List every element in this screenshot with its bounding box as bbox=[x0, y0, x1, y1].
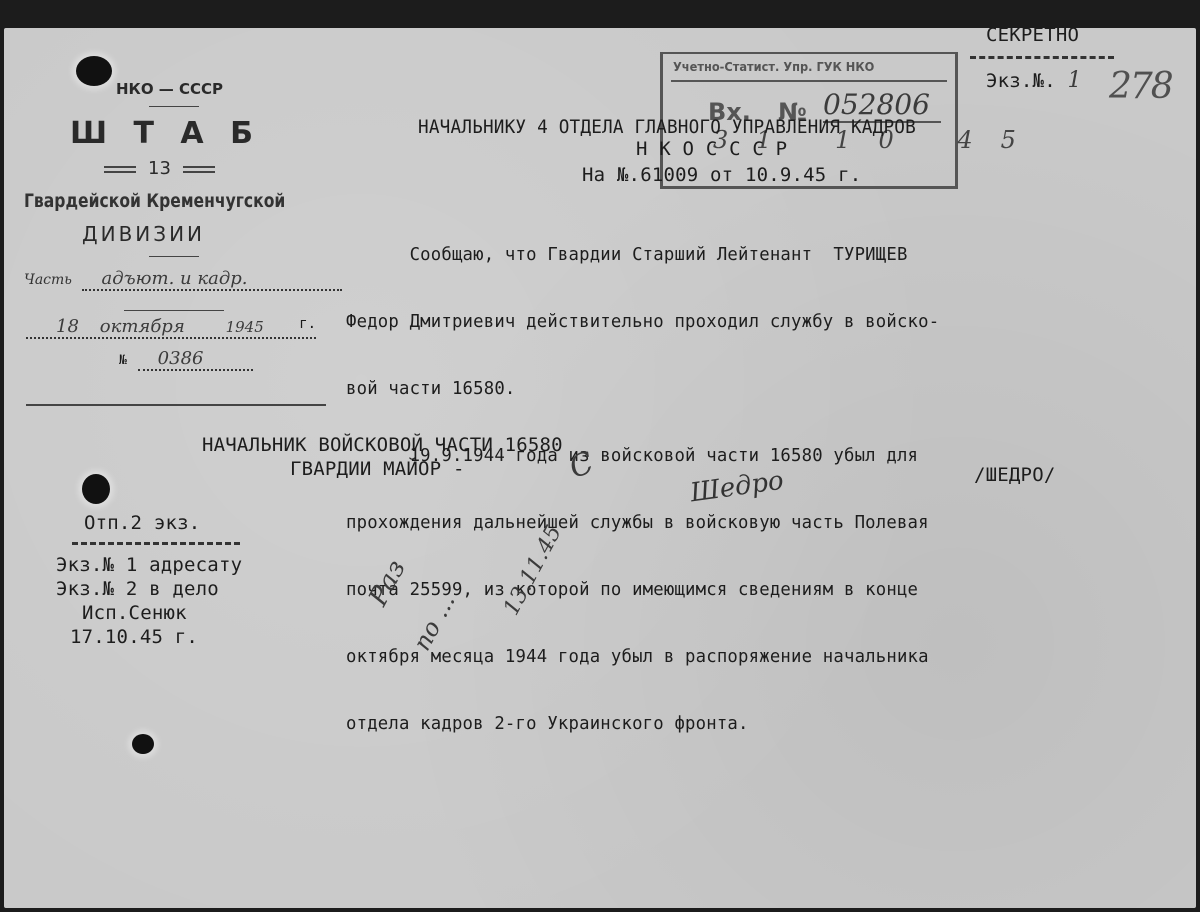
addressee-line-2: Н К О С С С Р bbox=[636, 138, 787, 160]
classification-separator bbox=[970, 56, 1114, 59]
part-value: адъют. и кадр. bbox=[82, 268, 342, 291]
body-p2-line-5: отдела кадров 2-го Украинского фронта. bbox=[346, 711, 939, 736]
double-rule-left bbox=[104, 166, 136, 173]
date-year: 1945 bbox=[226, 318, 264, 336]
distribution-executor: Исп.Сенюк bbox=[82, 602, 187, 624]
reference-number: На №.61009 от 10.9.45 г. bbox=[582, 164, 861, 186]
punch-hole-middle bbox=[82, 474, 110, 504]
handwritten-archive-number: 278 bbox=[1109, 66, 1172, 107]
addressee-line-1: НАЧАЛЬНИКУ 4 ОТДЕЛА ГЛАВНОГО УПРАВЛЕНИЯ … bbox=[418, 116, 916, 138]
classification-label: СЕКРЕТНО bbox=[986, 24, 1079, 46]
date-day: 18 bbox=[56, 316, 79, 337]
copy-label: Экз.№. bbox=[986, 70, 1056, 92]
letterhead-rule-2 bbox=[149, 256, 199, 257]
letterhead-rule bbox=[149, 106, 199, 107]
distribution-copy-1: Экз.№ 1 адресату bbox=[56, 554, 242, 576]
body-p2-line-2: прохождения дальнейшей службы в войскову… bbox=[346, 510, 939, 535]
punch-hole-top bbox=[76, 56, 112, 86]
part-rule bbox=[124, 310, 224, 311]
distribution-copy-2: Экз.№ 2 в дело bbox=[56, 578, 219, 600]
outgoing-number-value: 0386 bbox=[138, 348, 253, 371]
distribution-date: 17.10.45 г. bbox=[70, 626, 198, 648]
outgoing-number-label: № bbox=[119, 353, 127, 368]
letterhead-org: НКО — СССР bbox=[116, 80, 223, 98]
body-p1-line-2: Федор Дмитриевич действительно проходил … bbox=[346, 309, 939, 334]
letter-body: Сообщаю, что Гвардии Старший Лейтенант Т… bbox=[346, 200, 939, 778]
letterhead-division-name: Гвардейской Кременчугской bbox=[24, 190, 285, 212]
copy-number: Экз.№. 1 bbox=[986, 68, 1082, 93]
outgoing-number-field: № 0386 bbox=[119, 348, 253, 371]
letterhead-title: Ш Т А Б bbox=[70, 116, 261, 151]
signatory-name: /ШЕДРО/ bbox=[974, 464, 1055, 486]
signatory-title: НАЧАЛЬНИК ВОЙСКОВОЙ ЧАСТИ 16580 bbox=[202, 434, 563, 456]
body-p1-line-1: Сообщаю, что Гвардии Старший Лейтенант Т… bbox=[346, 242, 939, 267]
punch-hole-bottom bbox=[132, 734, 154, 754]
letterhead-bottom-rule bbox=[26, 404, 326, 406]
double-rule-right bbox=[183, 166, 215, 173]
signatory-rank: ГВАРДИИ МАЙОР - bbox=[290, 458, 465, 480]
body-p1-line-3: вой части 16580. bbox=[346, 376, 939, 401]
document-sheet: НКО — СССР Ш Т А Б 13 Гвардейской Кремен… bbox=[4, 28, 1196, 908]
part-field: Часть адъют. и кадр. bbox=[24, 268, 324, 291]
date-field: 18 октября 1945 г. bbox=[26, 316, 316, 339]
letterhead-division-label: ДИВИЗИИ bbox=[82, 222, 205, 246]
letterhead-number: 13 bbox=[104, 158, 215, 179]
division-number: 13 bbox=[148, 158, 171, 179]
registry-stamp-header: Учетно-Статист. Упр. ГУК НКО bbox=[673, 60, 874, 74]
date-suffix: г. bbox=[299, 316, 316, 332]
distribution-printed: Отп.2 экз. bbox=[84, 512, 200, 534]
date-month: октября bbox=[100, 316, 185, 337]
part-label: Часть bbox=[24, 272, 72, 288]
distribution-separator bbox=[72, 542, 240, 545]
copy-value: 1 bbox=[1067, 68, 1081, 93]
registry-stamp-rule bbox=[671, 80, 947, 82]
